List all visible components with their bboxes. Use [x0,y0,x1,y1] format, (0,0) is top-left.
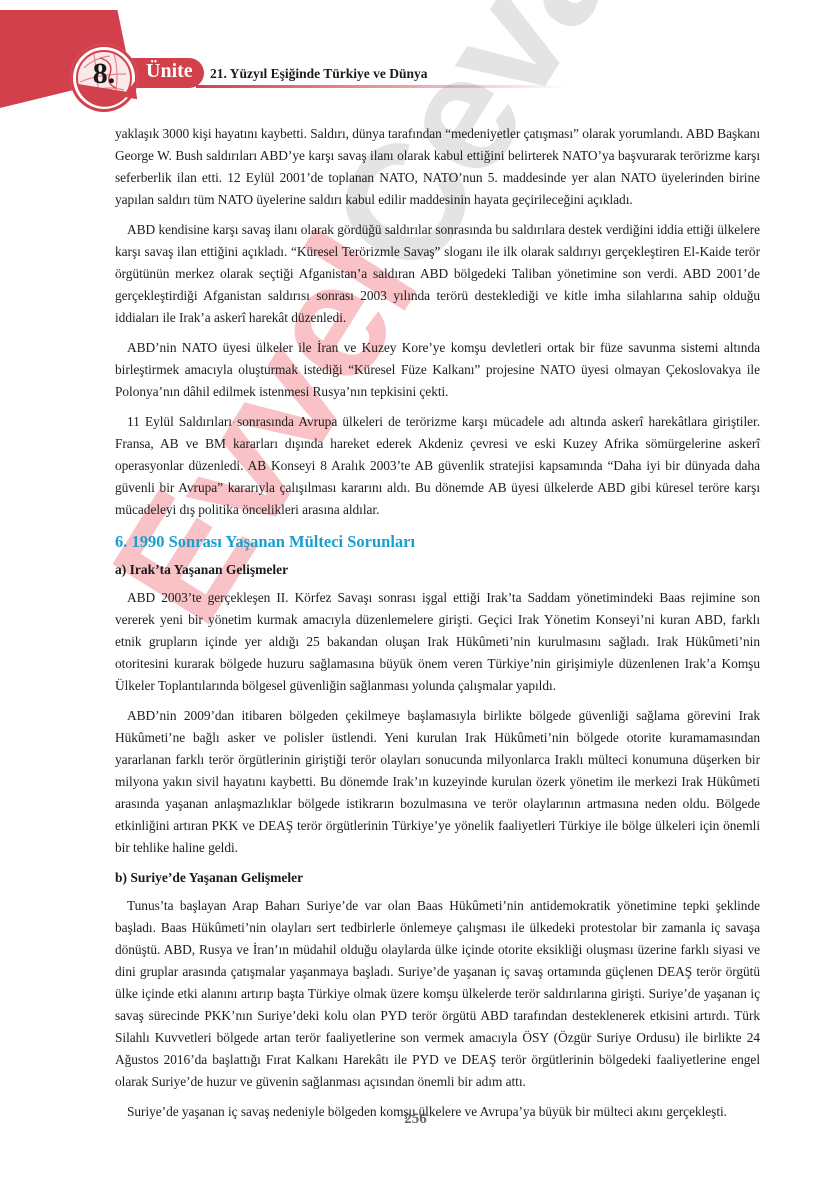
paragraph: Tunus’ta başlayan Arap Baharı Suriye’de … [115,895,760,1093]
paragraph: ABD’nin NATO üyesi ülkeler ile İran ve K… [115,337,760,403]
paragraph: ABD 2003’te gerçekleşen II. Körfez Savaş… [115,587,760,697]
subsection-heading-iraq: a) Irak’ta Yaşanan Gelişmeler [115,559,760,581]
unit-title: 21. Yüzyıl Eşiğinde Türkiye ve Dünya [210,66,428,82]
section-heading: 6. 1990 Sonrası Yaşanan Mülteci Sorunlar… [115,531,760,553]
subsection-heading-syria: b) Suriye’de Yaşanan Gelişmeler [115,867,760,889]
paragraph: ABD kendisine karşı savaş ilanı olarak g… [115,219,760,329]
paragraph: ABD’nin 2009’dan itibaren bölgeden çekil… [115,705,760,859]
paragraph: yaklaşık 3000 kişi hayatını kaybetti. Sa… [115,123,760,211]
unit-number: 8. [70,57,138,91]
page-number: 256 [0,1111,831,1128]
page-content: yaklaşık 3000 kişi hayatını kaybetti. Sa… [115,123,760,1131]
unit-badge: 8. [70,44,138,112]
unit-title-underline [196,85,568,88]
paragraph: 11 Eylül Saldırıları sonrasında Avrupa ü… [115,411,760,521]
unit-label: Ünite [146,60,193,83]
